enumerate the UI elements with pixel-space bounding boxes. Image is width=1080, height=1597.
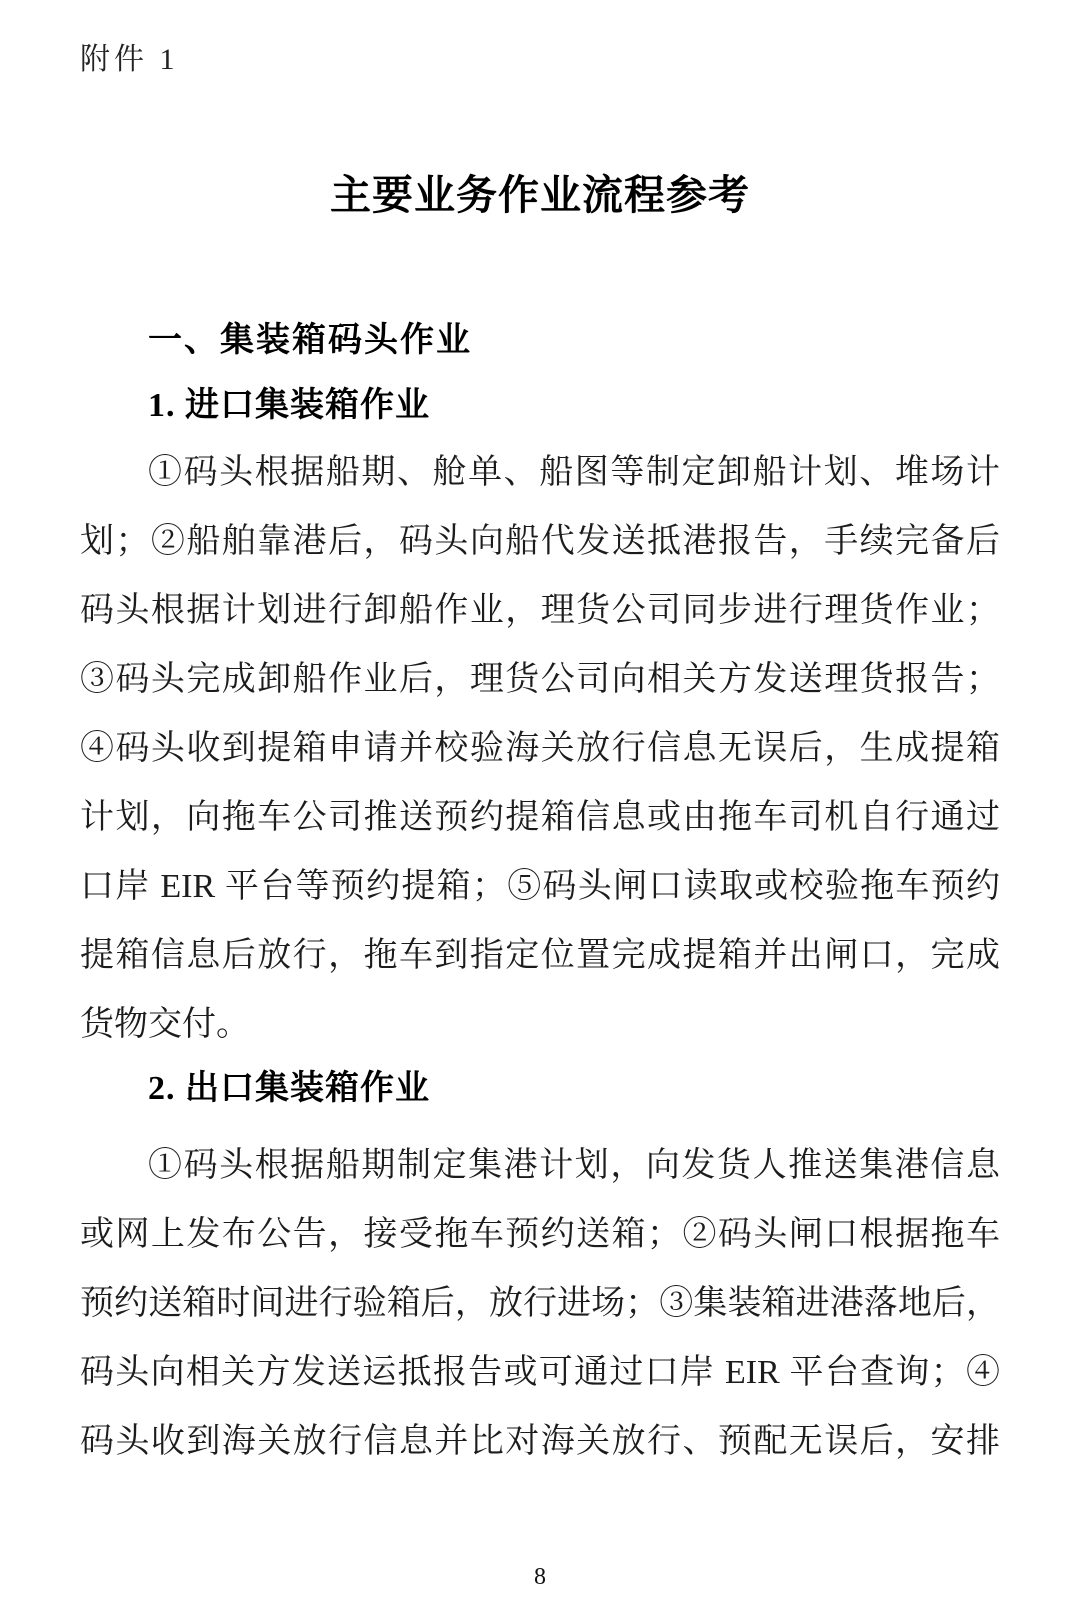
document-title: 主要业务作业流程参考 [80, 170, 1000, 220]
paragraph-import-process: ①码头根据船期、舱单、船图等制定卸船计划、堆场计划；②船舶靠港后，码头向船代发送… [80, 438, 1000, 1059]
document-page: 附件 1 主要业务作业流程参考 一、集装箱码头作业 1. 进口集装箱作业 ①码头… [0, 0, 1080, 1597]
subsection-heading-export: 2. 出口集装箱作业 [80, 1069, 1000, 1109]
page-number: 8 [80, 1562, 1000, 1592]
paragraph-export-process: ①码头根据船期制定集港计划，向发货人推送集港信息或网上发布公告，接受拖车预约送箱… [80, 1131, 1000, 1476]
body-line: 码头收到海关放行信息并比对海关放行、预配无误后，安排 [80, 1407, 1000, 1476]
section-heading-container-terminal: 一、集装箱码头作业 [80, 320, 1000, 360]
body-line: 码头根据计划进行卸船作业，理货公司同步进行理货作业； [80, 576, 1000, 645]
body-line: ①码头根据船期、舱单、船图等制定卸船计划、堆场计 [80, 438, 1000, 507]
attachment-label: 附件 1 [80, 42, 1000, 78]
body-line: ③码头完成卸船作业后，理货公司向相关方发送理货报告； [80, 645, 1000, 714]
body-line: 或网上发布公告，接受拖车预约送箱；②码头闸口根据拖车 [80, 1200, 1000, 1269]
subsection-heading-import: 1. 进口集装箱作业 [80, 386, 1000, 426]
body-line: ①码头根据船期制定集港计划，向发货人推送集港信息 [80, 1131, 1000, 1200]
body-line: 划；②船舶靠港后，码头向船代发送抵港报告，手续完备后 [80, 507, 1000, 576]
body-line: 码头向相关方发送运抵报告或可通过口岸 EIR 平台查询；④ [80, 1338, 1000, 1407]
body-line: 提箱信息后放行，拖车到指定位置完成提箱并出闸口，完成 [80, 921, 1000, 990]
body-line: 口岸 EIR 平台等预约提箱；⑤码头闸口读取或校验拖车预约 [80, 852, 1000, 921]
body-line: 预约送箱时间进行验箱后，放行进场；③集装箱进港落地后， [80, 1269, 1000, 1338]
body-line: ④码头收到提箱申请并校验海关放行信息无误后，生成提箱 [80, 714, 1000, 783]
body-line: 计划，向拖车公司推送预约提箱信息或由拖车司机自行通过 [80, 783, 1000, 852]
body-line: 货物交付。 [80, 990, 1000, 1059]
